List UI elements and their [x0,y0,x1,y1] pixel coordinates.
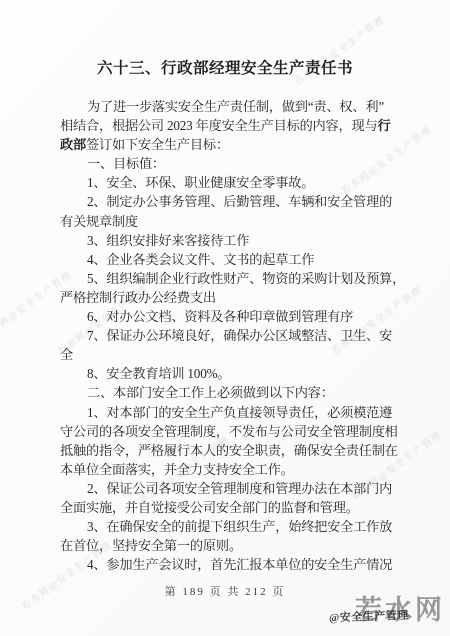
text-line: 1、对本部门的安全生产负直接领导责任，必须模范遵 [60,403,396,422]
text-line: 3、在确保安全的前提下组织生产，始终把安全工作放 [60,517,396,536]
text-line: 6、对办公文档、资料及各种印章做到管理有序 [60,307,396,326]
text-line: 政部签订如下安全生产目标： [60,135,396,154]
text-line: 全面实施，并自觉接受公司安全部门的监督和管理。 [60,498,396,517]
document-page: 若水网@安全生产管理 若水网@安全生产管理 若水网@安全生产管理 若水网@安全生… [0,0,450,636]
text-line: 有关规章制度 [60,212,396,231]
site-watermark-logo: 若水网 @安全生产管理 [327,588,445,628]
page-title: 六十三、行政部经理安全生产责任书 [0,56,450,78]
document-lines: 为了进一步落实安全生产责任制，做到“责、权、利”相结合，根据公司 2023 年度… [60,97,396,574]
text-line: 1、安全、环保、职业健康安全零事故。 [60,173,396,192]
text-line: 守公司的各项安全管理制度，不发布与公司安全管理制度相 [60,422,396,441]
text-line: 3、组织安排好来客接待工作 [60,231,396,250]
text-line: 2、制定办公事务管理、后勤管理、车辆和安全管理的 [60,192,396,211]
text-line: 8、安全教育培训 100%。 [60,364,396,383]
text-line: 一、目标值： [60,154,396,173]
text-line: 相结合，根据公司 2023 年度安全生产目标的内容，现与行 [60,116,396,135]
text-line: 在首位，坚持安全第一的原则。 [60,536,396,555]
text-line: 2、保证公司各项安全管理制度和管理办法在本部门内 [60,479,396,498]
site-watermark-handle: @安全生产管理 [329,607,409,626]
text-line: 4、参加生产会议时，首先汇报本单位的安全生产情况 [60,555,396,574]
text-line: 全 [60,345,396,364]
text-line: 二、本部门安全工作上必须做到以下内容： [60,383,396,402]
text-line: 本单位全面落实，并全力支持安全工作。 [60,460,396,479]
text-line: 抵触的指令，严格履行本人的安全职责，确保安全责任制在 [60,441,396,460]
text-line: 为了进一步落实安全生产责任制，做到“责、权、利” [60,97,396,116]
text-line: 严格控制行政办公经费支出 [60,288,396,307]
text-line: 5、组织编制企业行政性财产、物资的采购计划及预算， [60,269,396,288]
text-line: 4、企业各类会议文件、文书的起草工作 [60,250,396,269]
text-line: 7、保证办公环境良好，确保办公区域整洁、卫生、安 [60,326,396,345]
